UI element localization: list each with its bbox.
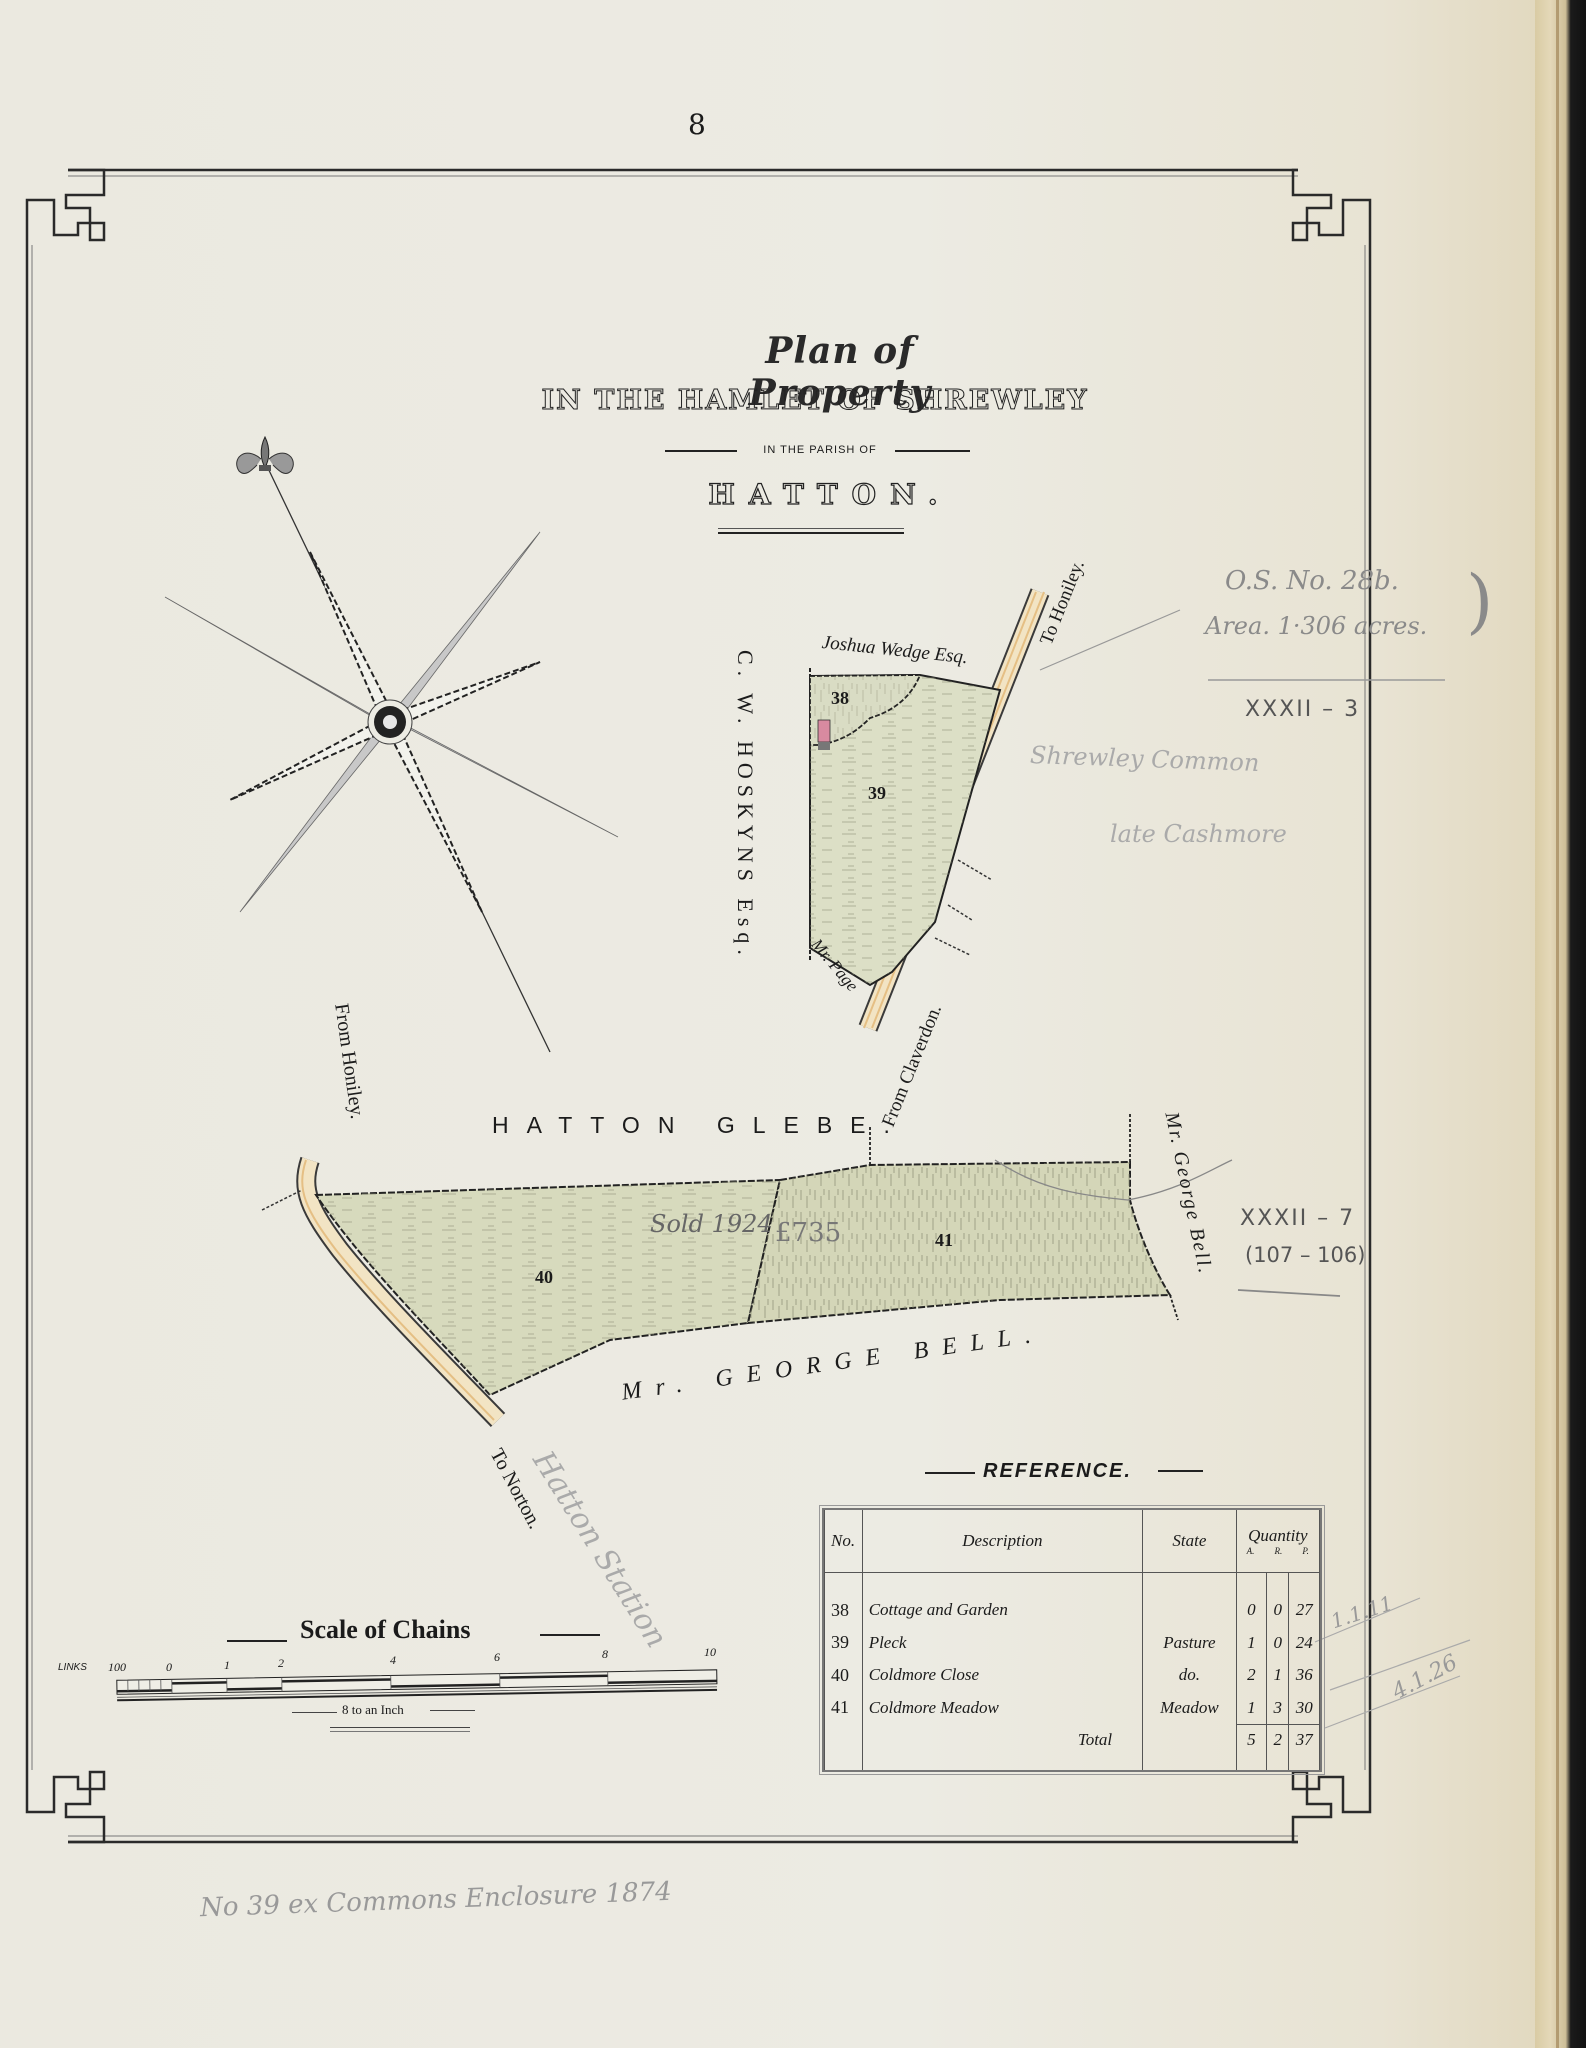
table-row: 40 Coldmore Close do. 2 1 36 [825, 1659, 1320, 1692]
table-row: 41 Coldmore Meadow Meadow 1 3 30 [825, 1692, 1320, 1725]
row-description: Coldmore Close [862, 1659, 1142, 1692]
row-acres: 0 [1236, 1594, 1266, 1627]
table-row: 39 Pleck Pasture 1 0 24 [825, 1627, 1320, 1660]
row-description: Pleck [862, 1627, 1142, 1660]
row-description: Cottage and Garden [862, 1594, 1142, 1627]
row-perches: 24 [1289, 1627, 1320, 1660]
row-perches: 36 [1289, 1659, 1320, 1692]
col-description: Description [862, 1510, 1142, 1572]
scale-underline [330, 1727, 470, 1728]
row-roods: 0 [1267, 1627, 1289, 1660]
row-perches: 30 [1289, 1692, 1320, 1725]
row-state [1143, 1594, 1236, 1627]
row-no: 38 [825, 1594, 863, 1627]
table-total-row: Total 5 2 37 [825, 1724, 1320, 1756]
total-roods: 2 [1267, 1724, 1289, 1756]
row-perches: 27 [1289, 1594, 1320, 1627]
table-row: 38 Cottage and Garden 0 0 27 [825, 1594, 1320, 1627]
col-no: No. [825, 1510, 863, 1572]
scale-ratio-rule-right [430, 1710, 475, 1711]
row-state: Meadow [1143, 1692, 1236, 1725]
reference-heading: REFERENCE. [983, 1460, 1132, 1483]
col-perches: P. [1302, 1546, 1309, 1556]
scale-bar [0, 0, 1586, 2048]
row-roods: 1 [1267, 1659, 1289, 1692]
col-roods: R. [1275, 1546, 1283, 1556]
row-acres: 1 [1236, 1627, 1266, 1660]
scale-underline-2 [330, 1731, 470, 1732]
reference-table: No. Description State Quantity A. R. P. … [822, 1508, 1322, 1772]
col-acres: A. [1247, 1546, 1255, 1556]
row-description: Coldmore Meadow [862, 1692, 1142, 1725]
col-quantity-label: Quantity [1237, 1526, 1319, 1546]
row-no: 39 [825, 1627, 863, 1660]
row-no: 41 [825, 1692, 863, 1725]
row-state: Pasture [1143, 1627, 1236, 1660]
row-state: do. [1143, 1659, 1236, 1692]
reference-rule-left [925, 1472, 975, 1474]
reference-rule-right [1158, 1470, 1203, 1472]
col-state: State [1143, 1510, 1236, 1572]
scale-ratio: 8 to an Inch [342, 1702, 404, 1718]
scale-ratio-rule-left [292, 1712, 337, 1713]
row-no: 40 [825, 1659, 863, 1692]
total-perches: 37 [1289, 1724, 1320, 1756]
col-quantity: Quantity A. R. P. [1236, 1510, 1319, 1572]
row-acres: 2 [1236, 1659, 1266, 1692]
row-roods: 3 [1267, 1692, 1289, 1725]
total-label: Total [862, 1724, 1142, 1756]
total-acres: 5 [1236, 1724, 1266, 1756]
row-acres: 1 [1236, 1692, 1266, 1725]
row-roods: 0 [1267, 1594, 1289, 1627]
